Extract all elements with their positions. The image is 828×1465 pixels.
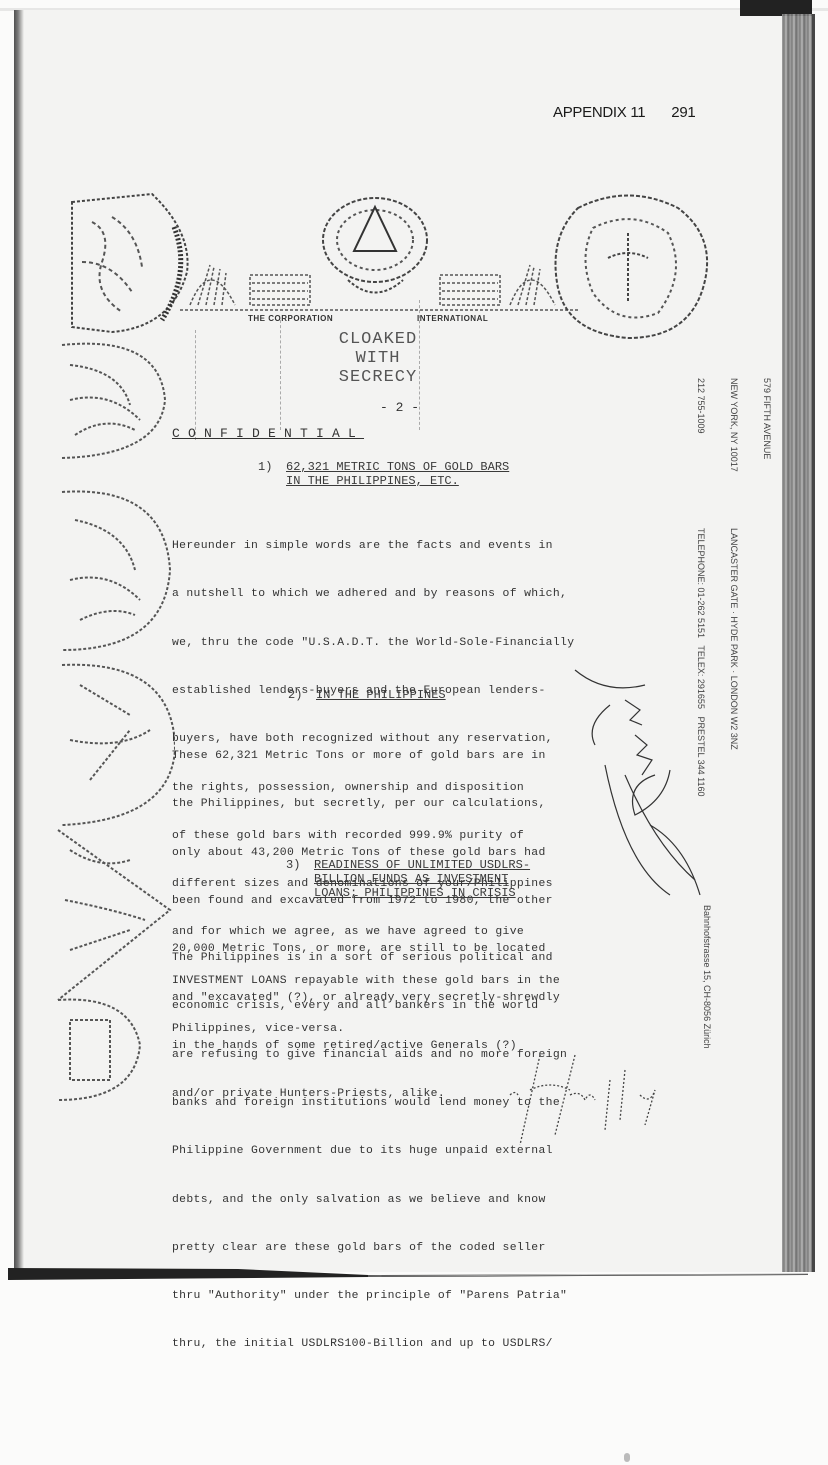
- document-page-marker: - 2 -: [380, 400, 419, 415]
- ornamental-frieze-icon: [180, 255, 580, 315]
- running-header: APPENDIX 11 291: [553, 104, 695, 121]
- scan-speck: [624, 1453, 630, 1462]
- book-binding-edge: [782, 14, 812, 1272]
- confidential-marking: CONFIDENTIAL: [172, 426, 364, 441]
- section-3-heading: 3) READINESS OF UNLIMITED USDLRS- BILLIO…: [286, 858, 530, 900]
- international-label: INTERNATIONAL: [417, 314, 488, 323]
- page-number: 291: [671, 104, 695, 121]
- handwritten-signature-icon: [565, 665, 710, 910]
- margin-seals-icon: [50, 340, 175, 1105]
- handwritten-initials-icon: [500, 1050, 670, 1150]
- section-2-heading: 2) IN THE PHILIPPINES: [288, 688, 446, 702]
- margin-rule: [195, 330, 196, 440]
- left-scan-shadow: [14, 10, 24, 1270]
- coin-seal-icon: [62, 192, 197, 337]
- new-york-address: 579 FIFTH AVENUE NEW YORK, NY 10017 212 …: [684, 378, 794, 472]
- corporation-label: THE CORPORATION: [248, 314, 333, 323]
- section-1-heading: 1) 62,321 METRIC TONS OF GOLD BARS IN TH…: [258, 460, 509, 488]
- cloaked-with-secrecy-stamp: CLOAKED WITH SECRECY: [318, 330, 438, 387]
- letterhead-rule-left: [280, 320, 281, 430]
- appendix-label: APPENDIX 11: [553, 104, 645, 121]
- zurich-address: Bahnhofstrasse 15, CH-8056 Zürich: [690, 905, 734, 1049]
- ornate-seal-icon: [548, 188, 713, 343]
